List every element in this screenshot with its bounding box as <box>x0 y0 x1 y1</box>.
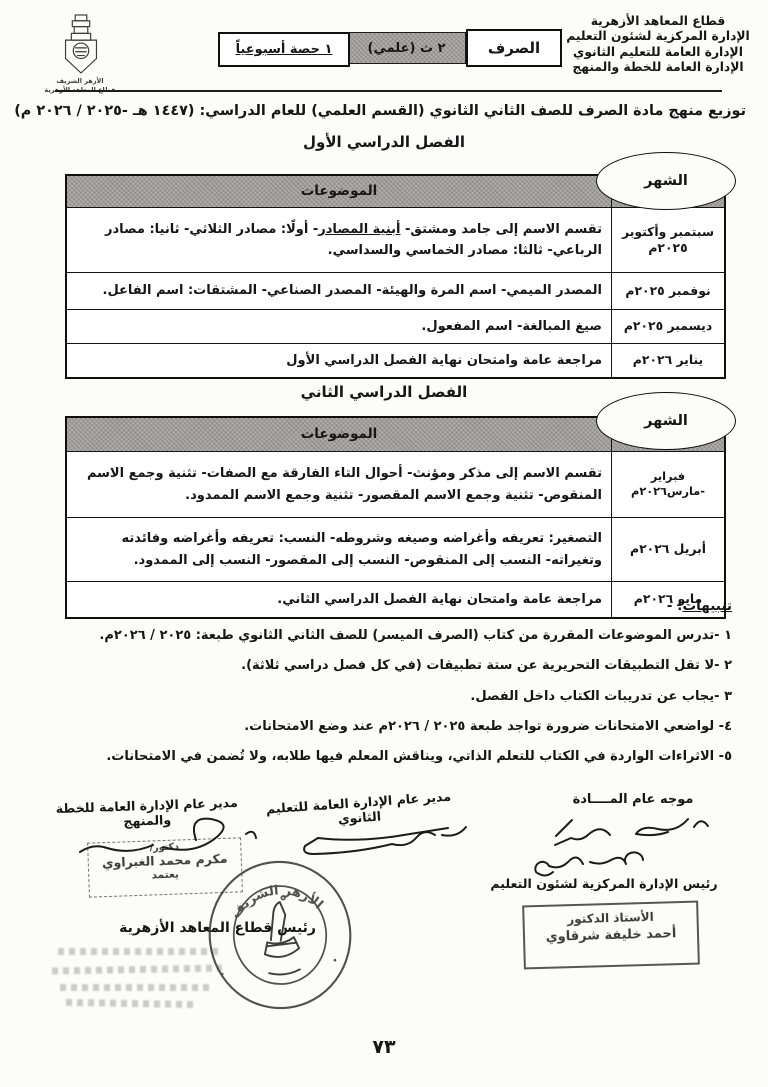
month-cell: نوفمبر ٢٠٢٥م <box>612 273 724 309</box>
month-column-oval-1: الشهر <box>596 152 736 210</box>
month-cell: أبريل ٢٠٢٦م <box>612 518 724 581</box>
topics-cell: التصغير: تعريفه وأغراضه وصيغه وشروطه- ال… <box>67 518 612 581</box>
table2-topics-header: الموضوعات <box>67 418 612 451</box>
semester1-heading: الفصل الدراسي الأول <box>0 133 768 151</box>
topics-text: التصغير: تعريفه وأغراضه وصيغه وشروطه- ال… <box>122 531 602 567</box>
topics-text: تقسم الاسم إلى جامد ومشتق- <box>401 222 602 237</box>
topics-text: المصدر الميمي- اسم المرة والهيئة- المصدر… <box>103 283 603 298</box>
note-item: ٣ -يجاب عن تدريبات الكتاب داخل الفصل. <box>36 689 732 705</box>
month-cell: يناير ٢٠٢٦م <box>612 344 724 377</box>
table-row: سبتمبر وأكتوبر ٢٠٢٥م تقسم الاسم إلى جامد… <box>67 207 724 272</box>
faint-stamp-line <box>52 965 222 975</box>
topics-text: تقسم الاسم إلى مذكر ومؤنث- أحوال التاء ا… <box>87 466 602 502</box>
stamp-line: الأستاذ الدكتور <box>524 909 696 928</box>
month-cell: ديسمبر ٢٠٢٥م <box>612 310 724 343</box>
table1-topics-header: الموضوعات <box>67 176 612 207</box>
faint-stamp-line <box>60 984 210 991</box>
org-header: قطاع المعاهد الأزهرية الإدارة المركزية ل… <box>556 14 760 76</box>
table-row: ديسمبر ٢٠٢٥م صيغ المبالغة- اسم المفعول. <box>67 309 724 343</box>
round-stamp-text: الأزهر الشريف <box>225 878 327 923</box>
org-line-2: الإدارة المركزية لشئون التعليم <box>556 29 760 44</box>
month-column-oval-2: الشهر <box>596 392 736 450</box>
topics-cell: المصدر الميمي- اسم المرة والهيئة- المصدر… <box>67 273 612 309</box>
faint-stamp-line <box>66 999 196 1008</box>
topics-cell: مراجعة عامة وامتحان نهاية الفصل الدراسي … <box>67 344 612 377</box>
month-cell: سبتمبر وأكتوبر ٢٠٢٥م <box>612 208 724 272</box>
month-cell: فبراير -مارس٢٠٢٦م <box>612 452 724 517</box>
topics-cell: تقسم الاسم إلى مذكر ومؤنث- أحوال التاء ا… <box>67 452 612 517</box>
notes-heading: تنبيهات: - <box>36 598 732 614</box>
table-row: أبريل ٢٠٢٦م التصغير: تعريفه وأغراضه وصيغ… <box>67 517 724 581</box>
table-row: نوفمبر ٢٠٢٥م المصدر الميمي- اسم المرة وا… <box>67 272 724 309</box>
page-number: ٧٣ <box>0 1036 768 1058</box>
svg-text:•: • <box>219 970 225 980</box>
note-item: ٤- لواضعي الامتحانات ضرورة تواجد طبعة ٢٠… <box>36 719 732 735</box>
topics-text: مراجعة عامة وامتحان نهاية الفصل الدراسي … <box>286 353 602 368</box>
table-row: فبراير -مارس٢٠٢٦م تقسم الاسم إلى مذكر وم… <box>67 451 724 517</box>
periods-box: ١ حصة أسبوعياً <box>218 32 350 67</box>
org-line-1: قطاع المعاهد الأزهرية <box>556 14 760 29</box>
notes-heading-word: تنبيهات <box>683 598 733 614</box>
topics-underlined-text: أبنية المصادر <box>318 222 400 237</box>
org-line-3: الإدارة العامة للتعليم الثانوي <box>556 45 760 60</box>
header-divider <box>55 90 722 92</box>
note-item: ٢ -لا تقل التطبيقات التحريرية عن ستة تطب… <box>36 658 732 674</box>
semester2-table: الموضوعات فبراير -مارس٢٠٢٦م تقسم الاسم إ… <box>65 416 726 619</box>
page-title: توزيع منهج مادة الصرف للصف الثاني الثانو… <box>22 103 746 119</box>
al-azhar-emblem-icon <box>52 12 110 80</box>
topics-text: صيغ المبالغة- اسم المفعول. <box>421 319 602 334</box>
svg-text:الأزهر الشريف: الأزهر الشريف <box>225 878 327 923</box>
grade-box: ٢ ث (علمي) <box>347 32 466 64</box>
subject-supervisor-title: موجه عام المــــادة <box>540 792 726 807</box>
document-page: قطاع المعاهد الأزهرية الإدارة المركزية ل… <box>0 0 768 1087</box>
handwritten-signature <box>46 810 258 862</box>
handwritten-signature <box>505 842 655 878</box>
svg-text:•: • <box>332 956 338 966</box>
topics-cell: صيغ المبالغة- اسم المفعول. <box>67 310 612 343</box>
stamp-line: أحمد خليفة شرقاوي <box>525 926 697 946</box>
logo-caption-line1: الأزهر الشريف <box>30 77 130 86</box>
topics-cell: تقسم الاسم إلى جامد ومشتق- أبنية المصادر… <box>67 208 612 272</box>
notes-heading-rest: : - <box>667 598 683 614</box>
al-azhar-round-stamp: الأزهر الشريف •• <box>194 847 366 1023</box>
education-chief-stamp: الأستاذ الدكتور أحمد خليفة شرقاوي <box>522 901 700 970</box>
note-item: ٥- الاثراءات الواردة في الكتاب للتعلم ال… <box>36 749 732 765</box>
note-item: ١ -تدرس الموضوعات المقررة من كتاب (الصرف… <box>36 628 732 644</box>
central-admin-chief-title: رئيس الإدارة المركزية لشئون التعليم <box>488 876 720 891</box>
faint-stamp-line <box>58 948 218 955</box>
notes-section: تنبيهات: - ١ -تدرس الموضوعات المقررة من … <box>36 598 732 765</box>
table-row: يناير ٢٠٢٦م مراجعة عامة وامتحان نهاية ال… <box>67 343 724 377</box>
org-line-4: الإدارة العامة للخطة والمنهج <box>556 60 760 75</box>
subject-box: الصرف <box>466 29 562 67</box>
periods-label: ١ حصة أسبوعياً <box>236 42 333 57</box>
